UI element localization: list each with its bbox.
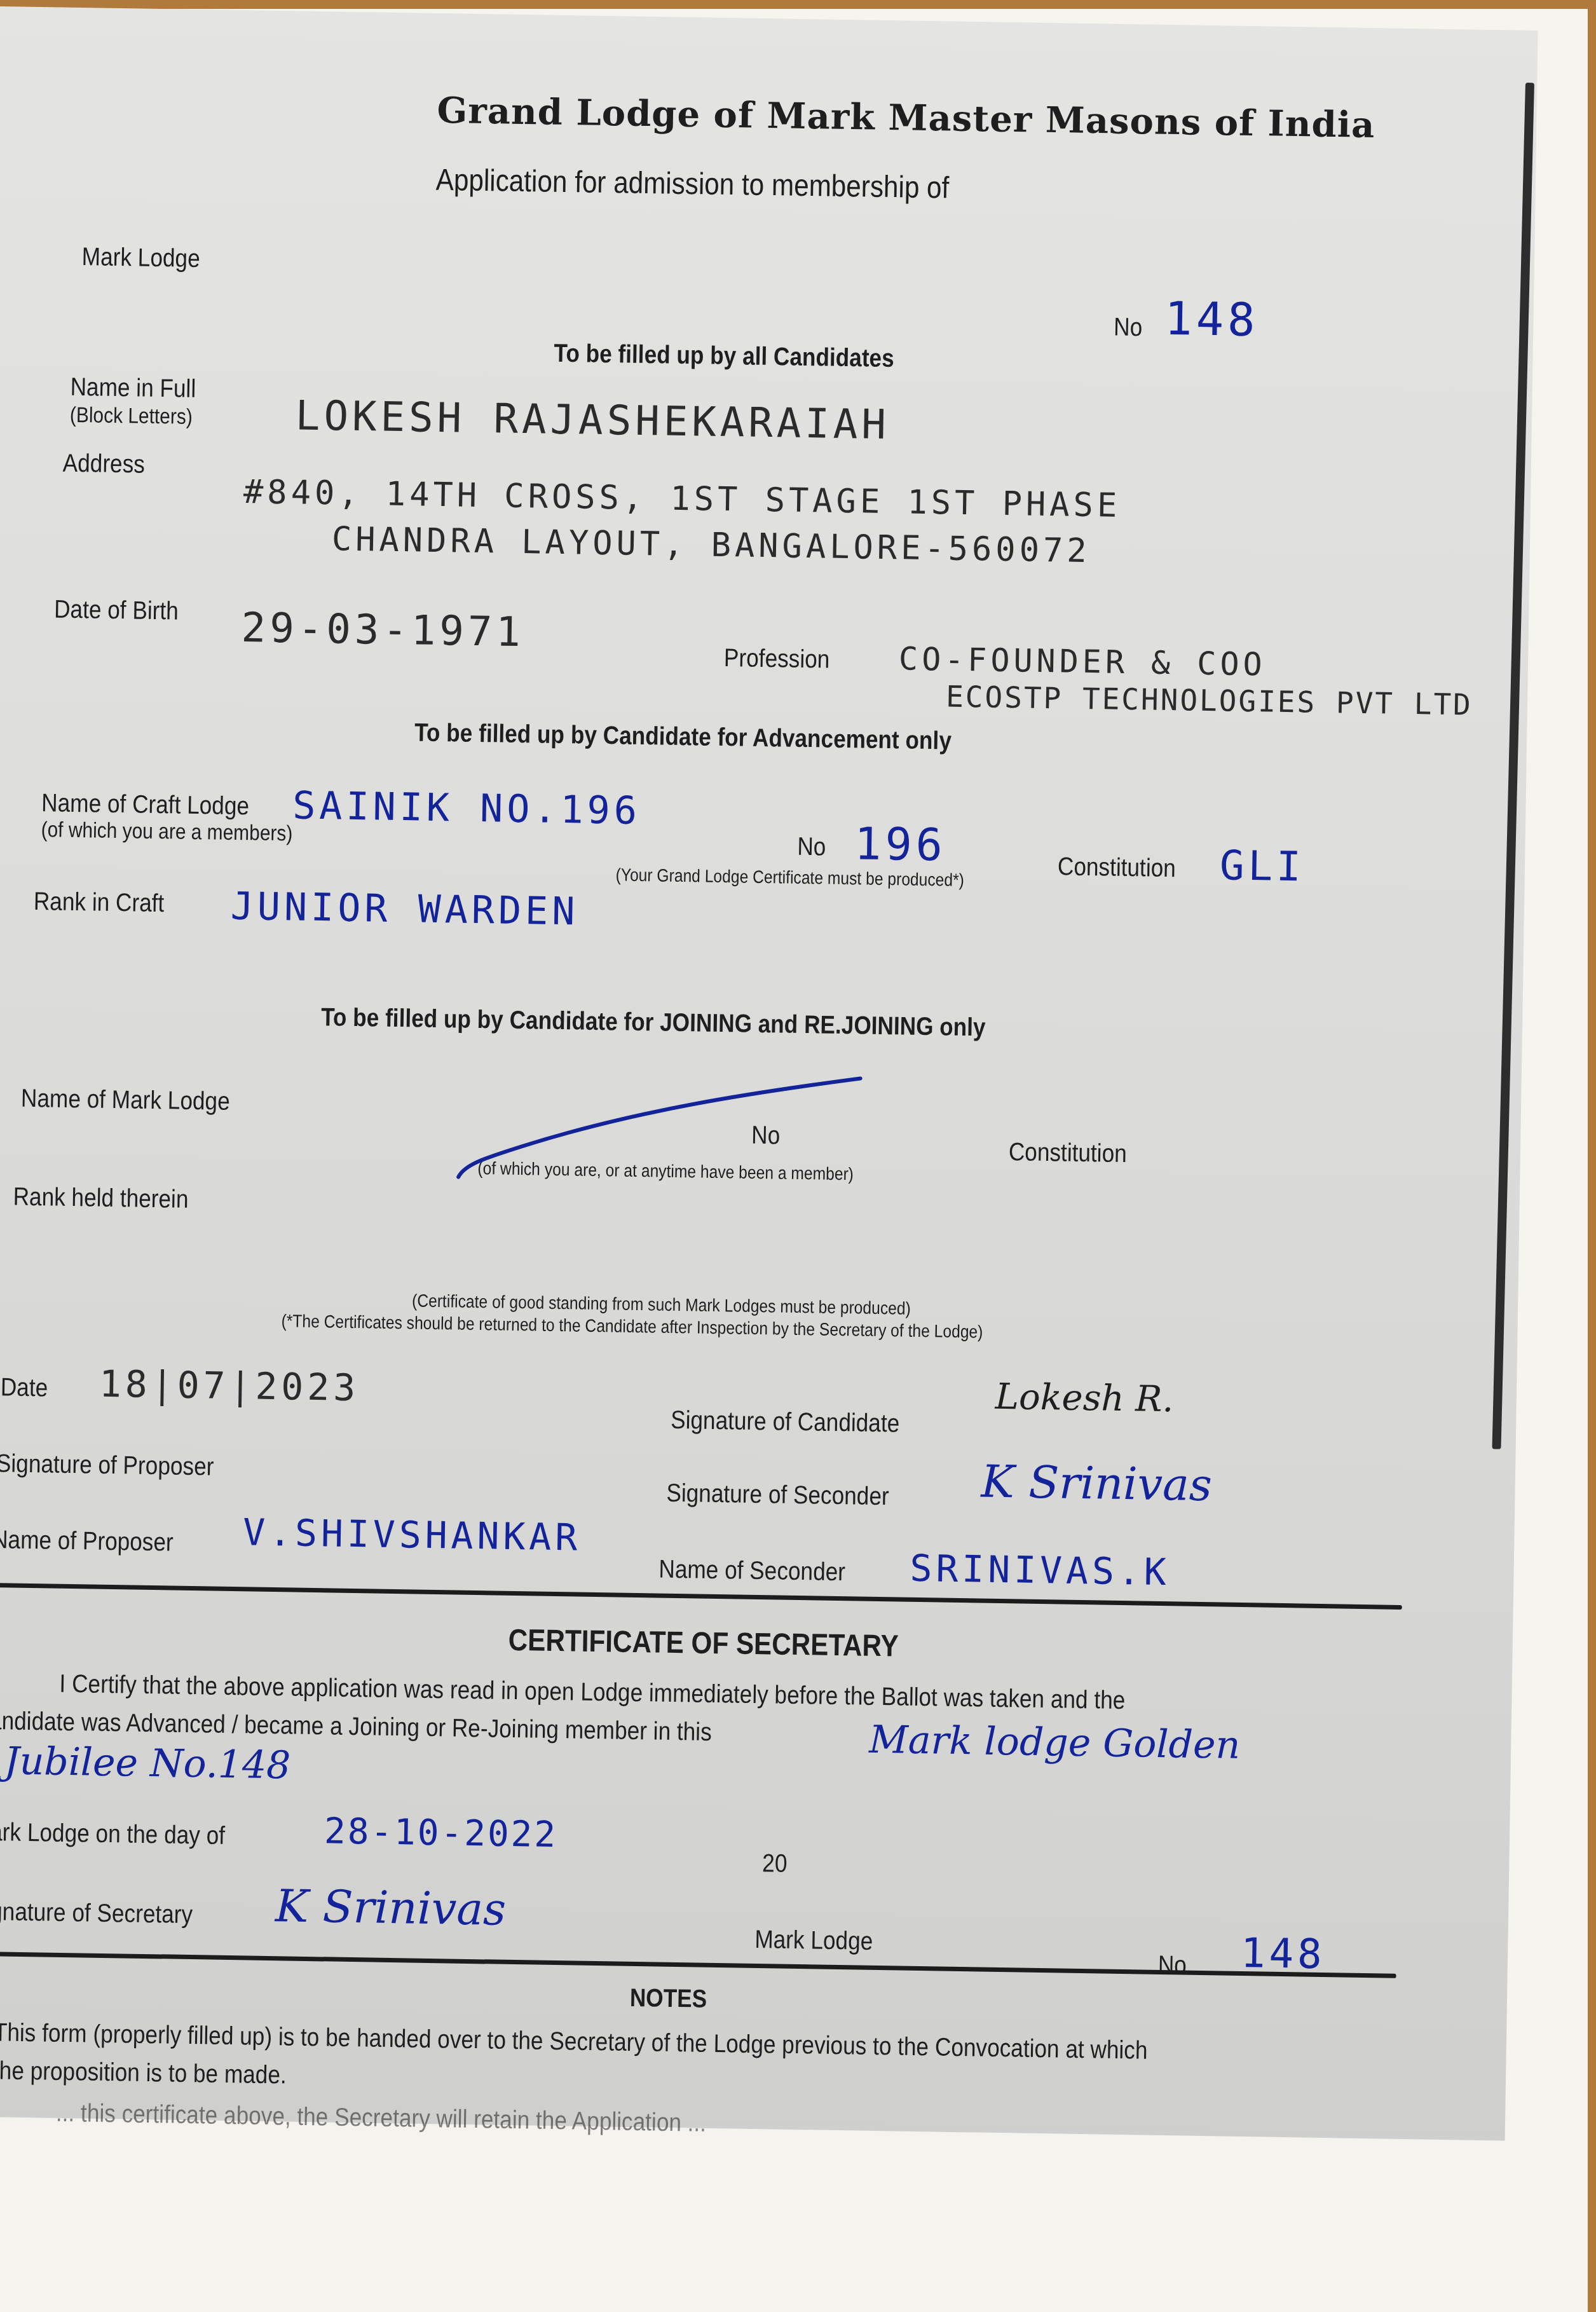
proposer-signature-label: Signature of Proposer <box>0 1449 214 1481</box>
seconder-name-value[interactable]: SRINIVAS.K <box>910 1547 1170 1594</box>
rank-in-craft-label: Rank in Craft <box>34 887 165 918</box>
form-subtitle: Application for admission to membership … <box>435 163 949 206</box>
craft-no-value[interactable]: 196 <box>854 817 947 871</box>
certificate-lodge-value-line2[interactable]: Jubilee No.148 <box>4 1739 291 1788</box>
rank-in-craft-value[interactable]: JUNIOR WARDEN <box>230 884 579 934</box>
certificate-no-label: No <box>1157 1951 1187 1980</box>
notes-line2: the proposition is to be made. <box>0 2056 287 2090</box>
craft-lodge-sublabel: (of which you are a members) <box>41 817 292 846</box>
dob-label: Date of Birth <box>54 595 179 626</box>
notes-heading: NOTES <box>630 1984 707 2014</box>
address-line1[interactable]: #840, 14TH CROSS, 1ST STAGE 1ST PHASE <box>243 473 1121 525</box>
craft-lodge-value[interactable]: SAINIK NO.196 <box>292 783 641 833</box>
address-line2[interactable]: CHANDRA LAYOUT, BANGALORE-560072 <box>331 520 1091 570</box>
year-prefix: 20 <box>762 1849 788 1878</box>
proposer-name-value[interactable]: V.SHIVSHANKAR <box>243 1510 582 1559</box>
profession-label: Profession <box>724 644 830 674</box>
address-label: Address <box>62 449 145 479</box>
craft-constitution-label: Constitution <box>1058 852 1177 883</box>
craft-no-label: No <box>797 833 826 862</box>
secretary-signature[interactable]: K Srinivas <box>275 1880 506 1936</box>
candidate-signature-label: Signature of Candidate <box>671 1406 900 1439</box>
section-all-heading: To be filled up by all Candidates <box>554 339 894 373</box>
seconder-signature[interactable]: K Srinivas <box>981 1456 1212 1512</box>
application-form: Grand Lodge of Mark Master Masons of Ind… <box>0 6 1538 2141</box>
divider-line-2 <box>0 1952 1396 1978</box>
proposer-name-label: Name of Proposer <box>0 1526 174 1557</box>
strike-through-line <box>446 1069 867 1189</box>
section-joining-heading: To be filled up by Candidate for JOINING… <box>321 1003 986 1042</box>
profession-line1[interactable]: CO-FOUNDER & COO <box>899 640 1266 683</box>
seconder-name-label: Name of Seconder <box>658 1556 845 1587</box>
rank-held-label: Rank held therein <box>13 1183 189 1214</box>
dob-value[interactable]: 29-03-1971 <box>241 605 524 656</box>
craft-lodge-label: Name of Craft Lodge <box>41 789 249 821</box>
blank-page-bottom <box>0 2110 1588 2312</box>
form-title: Grand Lodge of Mark Master Masons of Ind… <box>437 90 1375 146</box>
section-advancement-heading: To be filled up by Candidate for Advance… <box>414 718 951 755</box>
lodge-no-label: No <box>1114 313 1143 343</box>
joining-mark-lodge-label: Name of Mark Lodge <box>21 1084 230 1116</box>
craft-constitution-value[interactable]: GLI <box>1219 842 1305 891</box>
seconder-signature-label: Signature of Seconder <box>666 1479 889 1511</box>
lodge-no-value[interactable]: 148 <box>1164 292 1259 346</box>
name-value[interactable]: LOKESH RAJASHEKARAIAH <box>295 392 890 449</box>
secretary-signature-label: Signature of Secretary <box>0 1898 193 1929</box>
divider-line <box>0 1583 1402 1610</box>
certificate-mark-lodge-label: Mark Lodge <box>754 1926 873 1956</box>
certificate-lodge-value-line1[interactable]: Mark lodge Golden <box>869 1718 1241 1768</box>
certificate-heading: CERTIFICATE OF SECRETARY <box>508 1623 899 1664</box>
profession-line2[interactable]: ECOSTP TECHNOLOGIES PVT LTD <box>946 680 1473 722</box>
certificate-day-label: Mark Lodge on the day of <box>0 1818 225 1850</box>
mark-lodge-label: Mark Lodge <box>81 243 200 273</box>
candidate-signature[interactable]: Lokesh R. <box>995 1376 1174 1420</box>
date-label: Date <box>1 1373 48 1402</box>
name-sublabel: (Block Letters) <box>70 403 193 430</box>
certificate-day-value[interactable]: 28-10-2022 <box>324 1810 557 1856</box>
date-value[interactable]: 18|07|2023 <box>99 1362 359 1409</box>
notes-line1: This form (properly filled up) is to be … <box>0 2018 1148 2065</box>
name-label: Name in Full <box>70 373 196 404</box>
joining-constitution-label: Constitution <box>1009 1138 1128 1168</box>
certificate-line1: I Certify that the above application was… <box>59 1670 1125 1715</box>
